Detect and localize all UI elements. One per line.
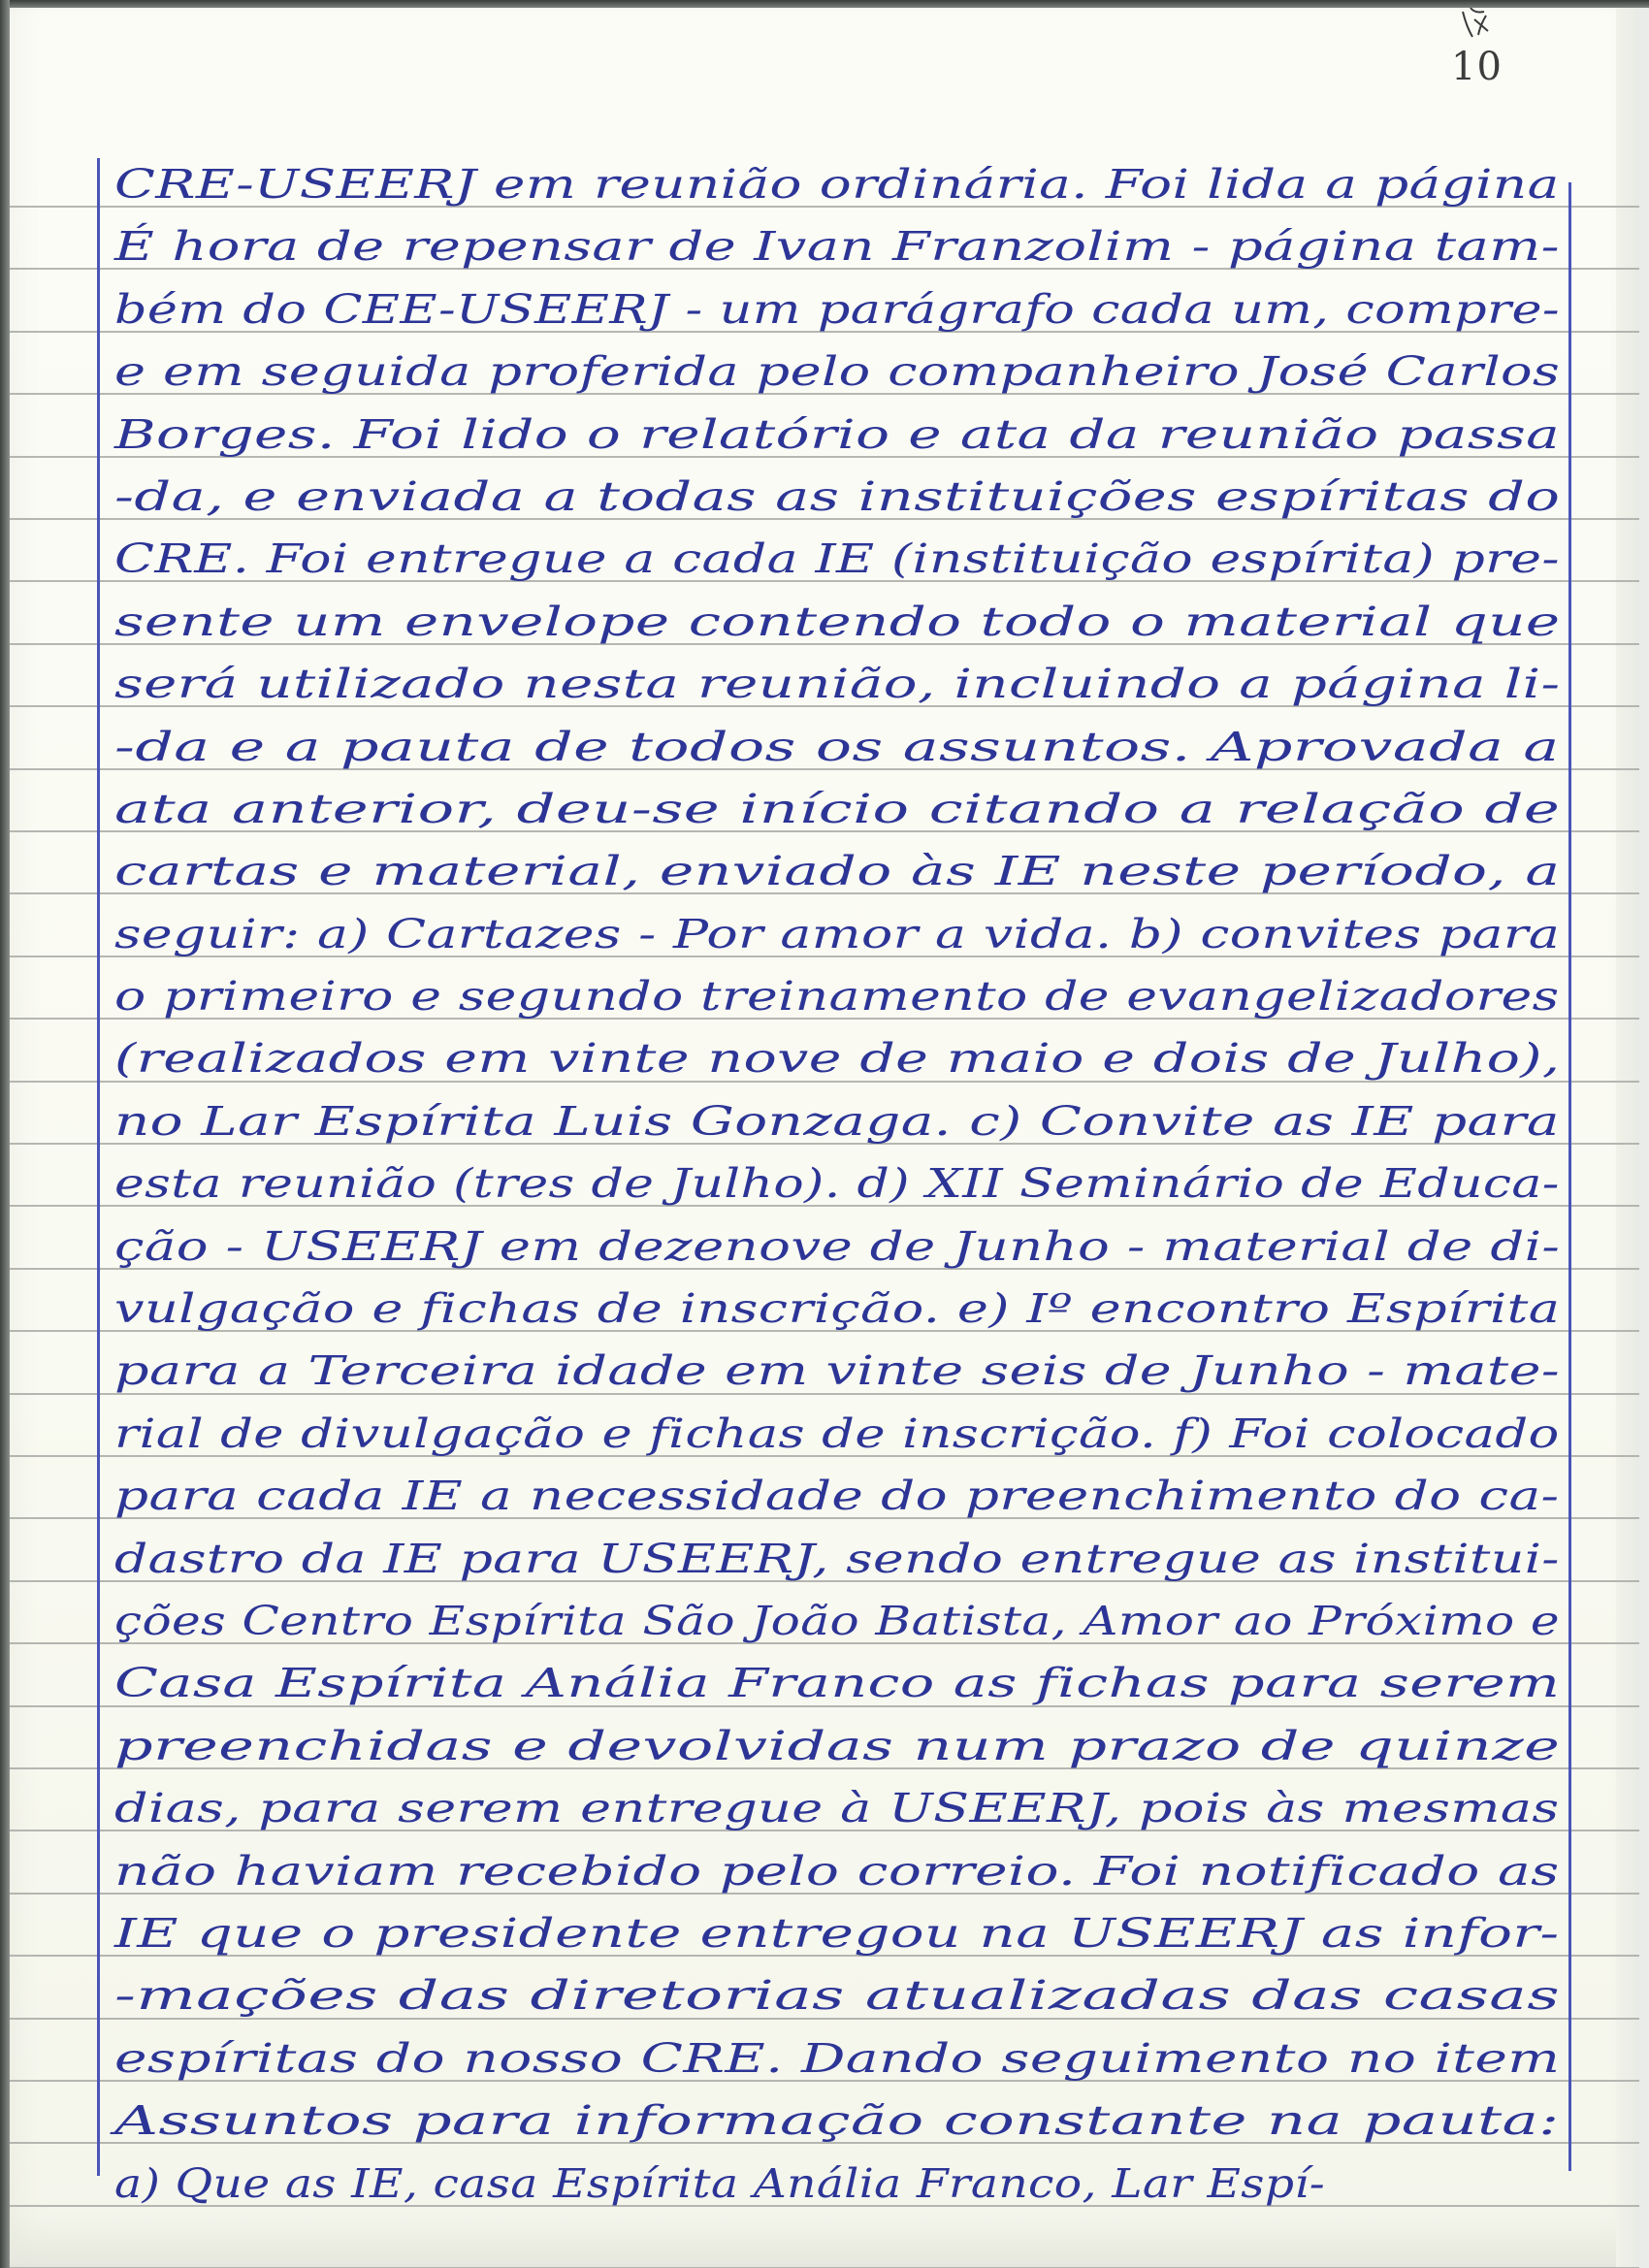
handwritten-line: É hora de repensar de Ivan Franzolim - p… <box>114 215 1569 277</box>
handwritten-line: Assuntos para informação constante na pa… <box>114 2090 1569 2152</box>
handwritten-line-text: ções Centro Espírita São João Batista, A… <box>114 1590 1560 1652</box>
handwritten-line-text: ção - USEERJ em dezenove de Junho - mate… <box>114 1215 1560 1278</box>
handwritten-line-text: sente um envelope contendo todo o materi… <box>114 591 1560 653</box>
handwritten-line: -mações das diretorias atualizadas das c… <box>114 1964 1569 2026</box>
handwritten-line-text: não haviam recebido pelo correio. Foi no… <box>114 1840 1560 1902</box>
handwritten-line-text: será utilizado nesta reunião, incluindo … <box>114 653 1560 715</box>
handwritten-line: preenchidas e devolvidas num prazo de qu… <box>114 1715 1569 1777</box>
handwritten-line-text: -da e a pauta de todos os assuntos. Apro… <box>114 716 1560 778</box>
handwritten-line: vulgação e fichas de inscrição. e) Iº en… <box>114 1278 1569 1340</box>
handwritten-line-text: vulgação e fichas de inscrição. e) Iº en… <box>114 1278 1560 1340</box>
handwritten-line: Borges. Foi lido o relatório e ata da re… <box>114 404 1569 466</box>
handwritten-line-text: para a Terceira idade em vinte seis de J… <box>114 1340 1560 1402</box>
page-number: 10 <box>1451 45 1503 89</box>
handwritten-line: ata anterior, deu-se início citando a re… <box>114 778 1569 840</box>
handwritten-line-text: CRE. Foi entregue a cada IE (instituição… <box>114 528 1560 590</box>
handwritten-line: bém do CEE-USEERJ - um parágrafo cada um… <box>114 278 1569 340</box>
handwritten-line: cartas e material, enviado às IE neste p… <box>114 840 1569 902</box>
handwritten-line-text: -da, e enviada a todas as instituições e… <box>114 466 1560 528</box>
handwritten-line: a) Que as IE, casa Espírita Anália Franc… <box>114 2153 1569 2215</box>
handwritten-line: CRE. Foi entregue a cada IE (instituição… <box>114 528 1569 590</box>
corner-initials-mark <box>1445 8 1503 41</box>
handwritten-line: não haviam recebido pelo correio. Foi no… <box>114 1840 1569 1902</box>
handwritten-line-text: dastro da IE para USEERJ, sendo entregue… <box>114 1528 1560 1590</box>
handwritten-line: ções Centro Espírita São João Batista, A… <box>114 1590 1569 1652</box>
handwritten-line-text: cartas e material, enviado às IE neste p… <box>114 840 1560 902</box>
handwritten-minutes-text: CRE-USEERJ em reunião ordinária. Foi lid… <box>114 153 1569 2215</box>
handwritten-line-text: dias, para serem entregue à USEERJ, pois… <box>114 1777 1560 1839</box>
handwritten-line-text: esta reunião (tres de Julho). d) XII Sem… <box>114 1152 1560 1215</box>
handwritten-line-text: bém do CEE-USEERJ - um parágrafo cada um… <box>114 278 1560 340</box>
handwritten-line: e em seguida proferida pelo companheiro … <box>114 340 1569 403</box>
handwritten-line-text: para cada IE a necessidade do preenchime… <box>114 1465 1559 1527</box>
handwritten-line-text: -mações das diretorias atualizadas das c… <box>114 1964 1560 2026</box>
scanner-edge-left <box>0 0 10 2268</box>
handwritten-line-text: rial de divulgação e fichas de inscrição… <box>114 1403 1560 1465</box>
handwritten-line: CRE-USEERJ em reunião ordinária. Foi lid… <box>114 153 1569 215</box>
handwritten-line-text: Casa Espírita Anália Franco as fichas pa… <box>114 1652 1560 1714</box>
handwritten-line: o primeiro e segundo treinamento de evan… <box>114 965 1569 1027</box>
handwritten-line-text: CRE-USEERJ em reunião ordinária. Foi lid… <box>114 153 1560 215</box>
handwritten-line: dastro da IE para USEERJ, sendo entregue… <box>114 1528 1569 1590</box>
handwritten-line-text: a) Que as IE, casa Espírita Anália Franc… <box>114 2153 1325 2215</box>
page-edge <box>1616 8 1639 2268</box>
handwritten-line-text: ata anterior, deu-se início citando a re… <box>114 778 1560 840</box>
handwritten-line: -da e a pauta de todos os assuntos. Apro… <box>114 716 1569 778</box>
handwritten-line: sente um envelope contendo todo o materi… <box>114 591 1569 653</box>
handwritten-line-text: preenchidas e devolvidas num prazo de qu… <box>114 1715 1560 1777</box>
handwritten-line-text: o primeiro e segundo treinamento de evan… <box>114 965 1560 1027</box>
handwritten-line: espíritas do nosso CRE. Dando seguimento… <box>114 2027 1569 2090</box>
handwritten-line: Casa Espírita Anália Franco as fichas pa… <box>114 1652 1569 1714</box>
handwritten-line: esta reunião (tres de Julho). d) XII Sem… <box>114 1152 1569 1215</box>
handwritten-line: ção - USEERJ em dezenove de Junho - mate… <box>114 1215 1569 1278</box>
handwritten-line: para a Terceira idade em vinte seis de J… <box>114 1340 1569 1402</box>
handwritten-line-text: Assuntos para informação constante na pa… <box>114 2090 1560 2152</box>
handwritten-line-text: no Lar Espírita Luis Gonzaga. c) Convite… <box>114 1090 1560 1152</box>
handwritten-line: para cada IE a necessidade do preenchime… <box>114 1465 1569 1527</box>
handwritten-line: IE que o presidente entregou na USEERJ a… <box>114 1902 1569 1964</box>
handwritten-line: no Lar Espírita Luis Gonzaga. c) Convite… <box>114 1090 1569 1152</box>
notebook-page: 10 CRE-USEERJ em reunião ordinária. Foi … <box>10 8 1639 2268</box>
scanner-edge-top <box>0 0 1649 8</box>
handwritten-line-text: (realizados em vinte nove de maio e dois… <box>114 1027 1560 1089</box>
handwritten-line: rial de divulgação e fichas de inscrição… <box>114 1403 1569 1465</box>
handwritten-line-text: e em seguida proferida pelo companheiro … <box>114 340 1560 403</box>
handwritten-line: será utilizado nesta reunião, incluindo … <box>114 653 1569 715</box>
left-margin-line <box>97 158 100 2176</box>
handwritten-line-text: É hora de repensar de Ivan Franzolim - p… <box>114 215 1560 277</box>
handwritten-line-text: IE que o presidente entregou na USEERJ a… <box>114 1902 1559 1964</box>
handwritten-line-text: espíritas do nosso CRE. Dando seguimento… <box>114 2027 1560 2090</box>
handwritten-line: -da, e enviada a todas as instituições e… <box>114 466 1569 528</box>
handwritten-line: seguir: a) Cartazes - Por amor a vida. b… <box>114 903 1569 965</box>
handwritten-line: (realizados em vinte nove de maio e dois… <box>114 1027 1569 1089</box>
handwritten-line-text: Borges. Foi lido o relatório e ata da re… <box>114 404 1560 466</box>
handwritten-line-text: seguir: a) Cartazes - Por amor a vida. b… <box>114 903 1560 965</box>
handwritten-line: dias, para serem entregue à USEERJ, pois… <box>114 1777 1569 1839</box>
